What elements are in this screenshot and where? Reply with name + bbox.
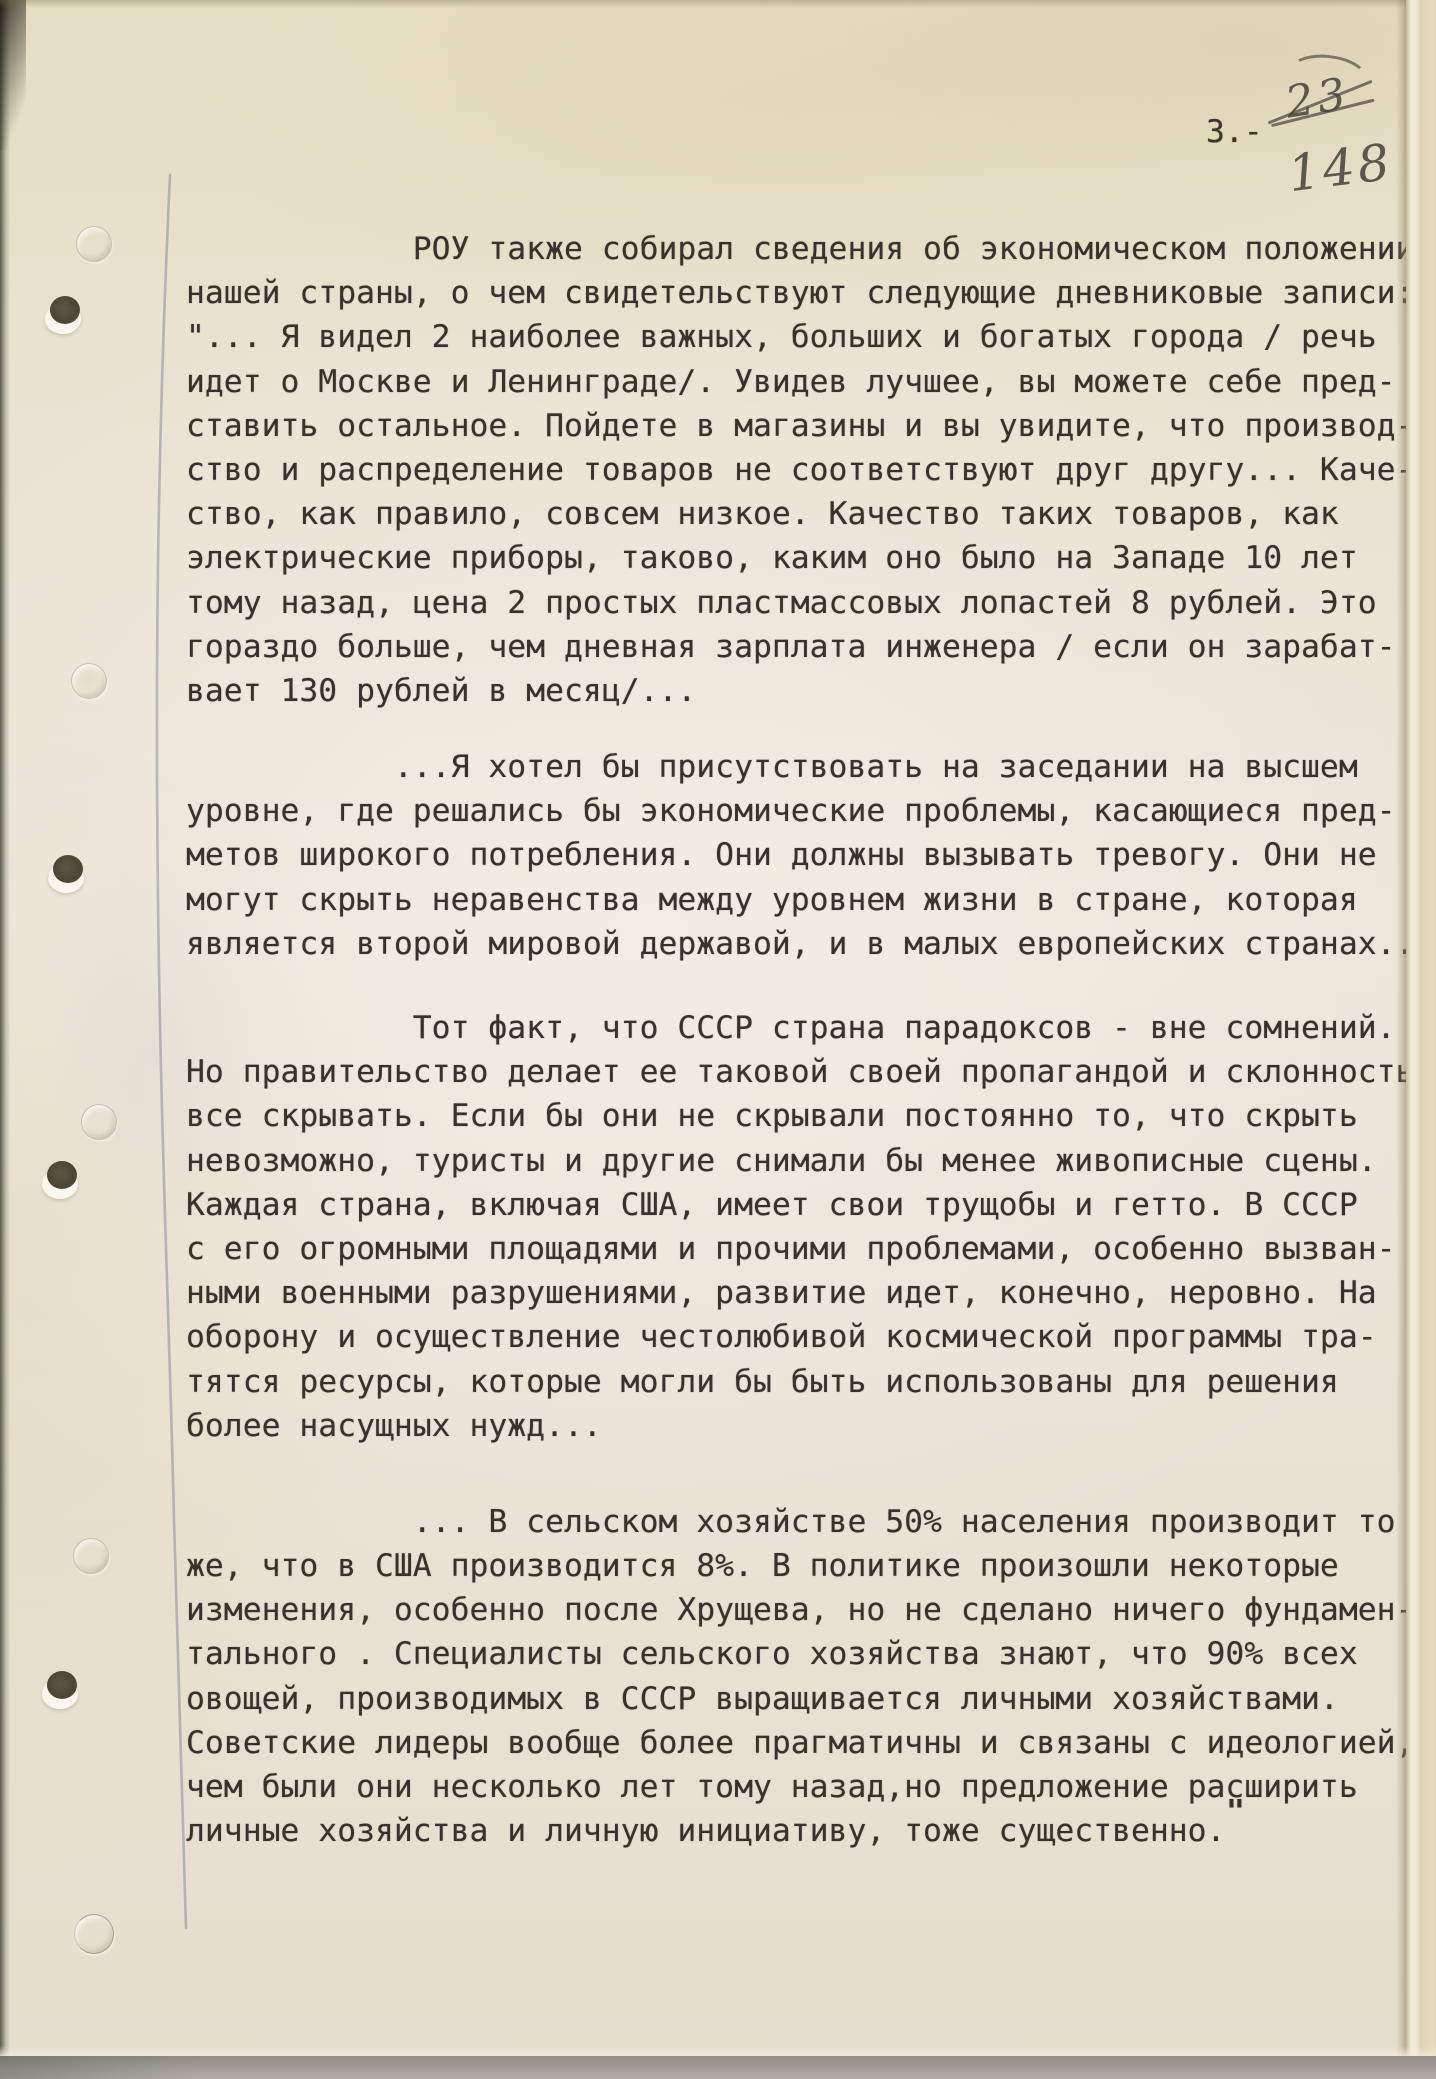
text-line: все скрывать. Если бы они не скрывали по… bbox=[186, 1094, 1433, 1138]
text-line: могут скрыть неравенства между уровнем ж… bbox=[186, 878, 1433, 922]
handwritten-page-number: 148 bbox=[1285, 132, 1396, 204]
text-line: же, что в США производится 8%. В политик… bbox=[186, 1544, 1433, 1588]
text-line: электрические приборы, таково, каким оно… bbox=[186, 536, 1433, 580]
text-line: уровне, где решались бы экономические пр… bbox=[186, 789, 1433, 833]
page-right-edge-shadow bbox=[1396, 0, 1406, 2079]
punch-hole bbox=[48, 296, 82, 336]
text-line: РОУ также собирал сведения об экономичес… bbox=[186, 227, 1433, 271]
text-line: вает 130 рублей в месяц/... bbox=[186, 669, 1433, 713]
text-line: с его огромными площадями и прочими проб… bbox=[186, 1227, 1433, 1271]
text-line: Советские лидеры вообще более прагматичн… bbox=[186, 1721, 1433, 1765]
page-under-sheet bbox=[1422, 0, 1436, 2079]
text-line: Но правительство делает ее таковой своей… bbox=[186, 1050, 1433, 1094]
scan-bottom-edge bbox=[0, 2056, 1436, 2079]
embossed-hole-mark bbox=[73, 1538, 109, 1574]
text-line: оборону и осуществление честолюбивой кос… bbox=[186, 1315, 1433, 1359]
scan-top-edge bbox=[0, 0, 1436, 8]
text-line: является второй мировой державой, и в ма… bbox=[186, 922, 1433, 966]
document-page: 3.- 23 148 РОУ также собирал сведения об… bbox=[0, 0, 1436, 2079]
document-body: РОУ также собирал сведения об экономичес… bbox=[186, 227, 1433, 1853]
typed-page-number: 3.- bbox=[1206, 110, 1263, 154]
text-line: гораздо больше, чем дневная зарплата инж… bbox=[186, 625, 1433, 669]
scan-corner-shadow bbox=[0, 0, 26, 150]
text-line: ставить остальное. Пойдете в магазины и … bbox=[186, 404, 1433, 448]
text-line: метов широкого потребления. Они должны в… bbox=[186, 833, 1433, 877]
punch-hole bbox=[45, 1161, 79, 1201]
text-line: более насущных нужд... bbox=[186, 1404, 1433, 1448]
embossed-hole-mark bbox=[71, 663, 107, 699]
text-line: тятся ресурсы, которые могли бы быть исп… bbox=[186, 1360, 1433, 1404]
text-line: Каждая страна, включая США, имеет свои т… bbox=[186, 1183, 1433, 1227]
text-line: нашей страны, о чем свидетельствуют след… bbox=[186, 271, 1433, 315]
paragraph-2: ...Я хотел бы присутствовать на заседани… bbox=[186, 745, 1433, 966]
closing-quote-raised: " bbox=[1226, 1797, 1245, 1828]
punch-hole bbox=[45, 1671, 79, 1711]
text-line: личные хозяйства и личную инициативу, то… bbox=[186, 1809, 1433, 1853]
punch-hole bbox=[51, 855, 85, 895]
text-line: "... Я видел 2 наиболее важных, больших … bbox=[186, 315, 1433, 359]
text-line: изменения, особенно после Хрущева, но не… bbox=[186, 1588, 1433, 1632]
paragraph-4: ... В сельском хозяйстве 50% населения п… bbox=[186, 1500, 1433, 1854]
paragraph-3: Тот факт, что СССР страна парадоксов - в… bbox=[186, 1006, 1433, 1448]
text-line: ...Я хотел бы присутствовать на заседани… bbox=[186, 745, 1433, 789]
text-line: ство, как правило, совсем низкое. Качест… bbox=[186, 492, 1433, 536]
text-line: тального . Специалисты сельского хозяйст… bbox=[186, 1632, 1433, 1676]
embossed-hole-mark bbox=[76, 226, 112, 262]
text-line: чем были они несколько лет тому назад,но… bbox=[186, 1765, 1433, 1809]
text-line: овощей, производимых в СССР выращивается… bbox=[186, 1677, 1433, 1721]
text-line: ство и распределение товаров не соответс… bbox=[186, 448, 1433, 492]
paragraph-1: РОУ также собирал сведения об экономичес… bbox=[186, 227, 1433, 713]
text-line: ... В сельском хозяйстве 50% населения п… bbox=[186, 1500, 1433, 1544]
text-line: тому назад, цена 2 простых пластмассовых… bbox=[186, 581, 1433, 625]
text-line: ными военными разрушениями, развитие иде… bbox=[186, 1271, 1433, 1315]
page-right-edge bbox=[1406, 0, 1422, 2079]
text-line: Тот факт, что СССР страна парадоксов - в… bbox=[186, 1006, 1433, 1050]
embossed-hole-mark bbox=[74, 1914, 114, 1954]
text-line: невозможно, туристы и другие снимали бы … bbox=[186, 1139, 1433, 1183]
embossed-hole-mark bbox=[81, 1104, 117, 1140]
scan-left-edge bbox=[0, 0, 10, 2079]
text-line: идет о Москве и Ленинграде/. Увидев лучш… bbox=[186, 360, 1433, 404]
